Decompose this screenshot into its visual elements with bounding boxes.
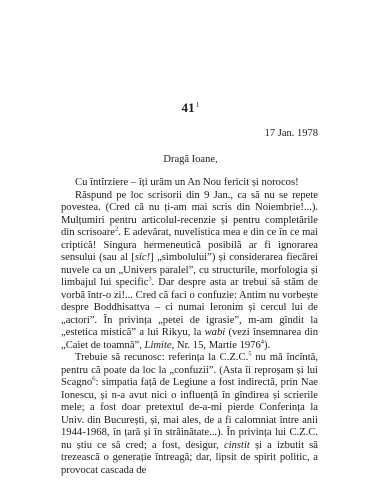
letter-body: Cu întîrziere – îți urăm un An Nou feric… [61, 177, 318, 477]
italic-text: wabi [205, 327, 226, 338]
paragraph: Răspund pe loc scrisorii din 9 Jan., ca … [61, 190, 318, 353]
text-segment: Cu întîrziere – îți urăm un An Nou feric… [75, 177, 299, 188]
book-page: 411 17 Jan. 1978 Dragă Ioane, Cu întîrzi… [0, 0, 381, 492]
letter-number-heading: 411 [0, 100, 381, 116]
letter-date: 17 Jan. 1978 [265, 128, 318, 139]
footnote-marker: 1 [196, 101, 200, 109]
paragraph: Cu întîrziere – îți urăm un An Nou feric… [61, 177, 318, 190]
paragraph: Trebuie să recunosc: referința la C.Z.C.… [61, 352, 318, 477]
salutation: Dragă Ioane, [0, 154, 381, 165]
italic-text: cinstit [224, 440, 250, 451]
text-segment: ). [264, 340, 270, 351]
letter-number: 41 [181, 100, 194, 115]
text-segment: Trebuie să recunosc: referința la C.Z.C. [75, 352, 248, 363]
italic-text: sic! [135, 252, 150, 263]
italic-text: Limite [145, 340, 172, 351]
text-segment: , Nr. 15, Martie 1976 [172, 340, 261, 351]
